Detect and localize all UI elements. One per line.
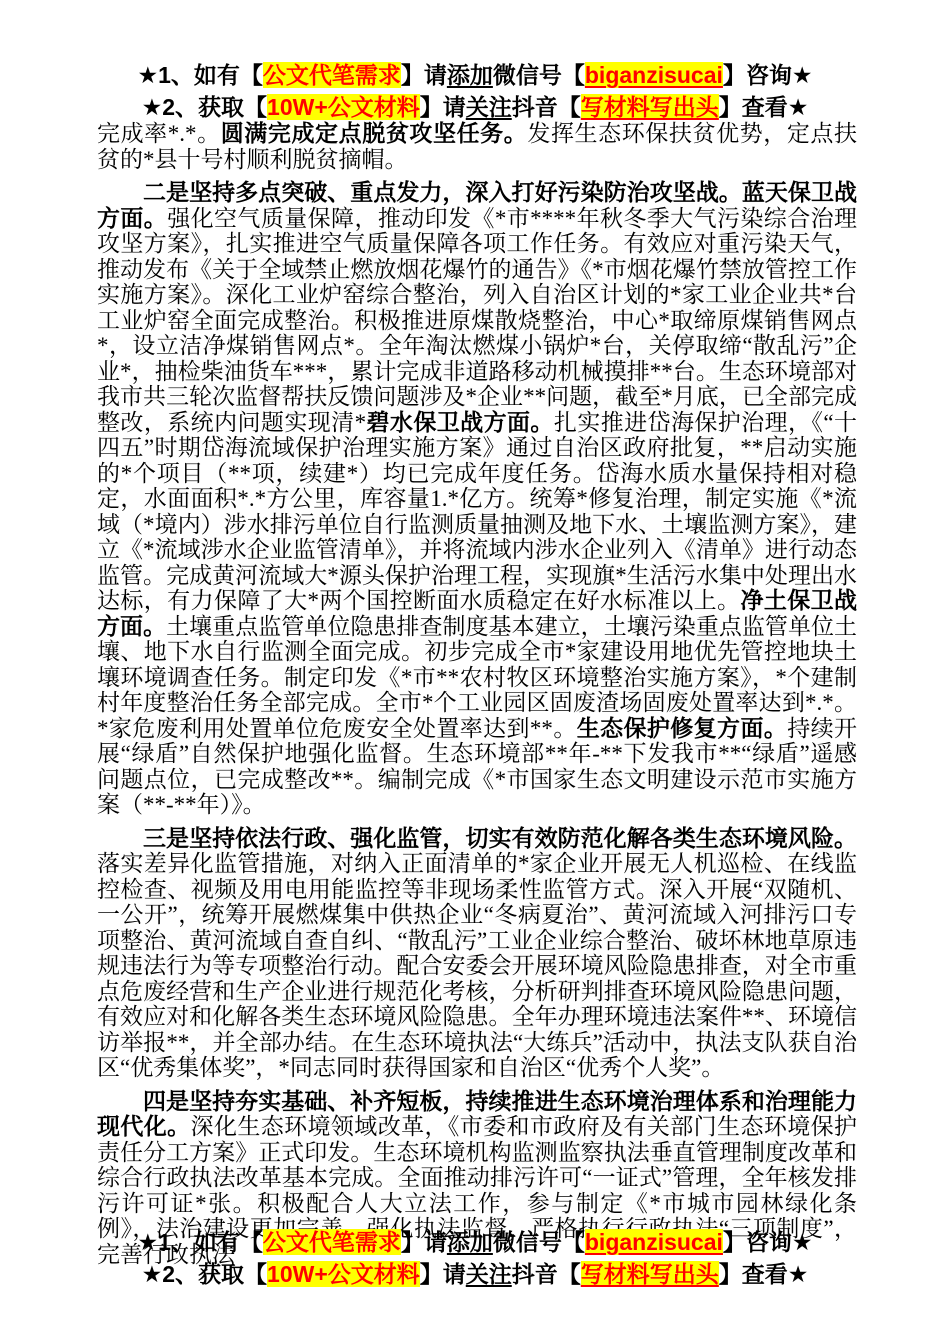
promo-underline: 添加	[447, 1229, 493, 1255]
text-run: 三是坚持依法行政、强化监管，切实有效防范化解各类生态环境风险。	[143, 826, 857, 851]
promo-highlight: 10W+公文材料	[267, 1261, 420, 1287]
promo-wechat-id: biganzisucai	[585, 62, 723, 88]
promo-text: ★2、获取【	[142, 1261, 267, 1287]
text-run: 落实差异化监管措施，对纳入正面清单的*家企业开展无人机巡检、在线监控检查、视频及…	[97, 851, 857, 1080]
promo-text: 】查看★	[719, 94, 809, 120]
promo-footer-line-2: ★2、获取【10W+公文材料】请关注抖音【写材料写出头】查看★	[0, 1258, 950, 1290]
promo-text: 】请	[420, 94, 466, 120]
promo-text: ★1、如有【	[137, 62, 262, 88]
promo-footer: ★1、如有【公文代笔需求】请添加微信号【biganzisucai】咨询★ ★2、…	[0, 1226, 950, 1290]
promo-text: 】查看★	[719, 1261, 809, 1287]
promo-text: ★1、如有【	[137, 1229, 262, 1255]
promo-douyin-id: 写材料写出头	[581, 94, 719, 120]
text-run: 碧水保卫战方面。	[366, 410, 554, 435]
promo-header: ★1、如有【公文代笔需求】请添加微信号【biganzisucai】咨询★ ★2、…	[0, 59, 950, 123]
promo-text: 抖音【	[512, 1261, 581, 1287]
promo-header-line-1: ★1、如有【公文代笔需求】请添加微信号【biganzisucai】咨询★	[0, 59, 950, 91]
text-run: 完成率*.*。	[97, 121, 221, 146]
promo-text: 】咨询★	[723, 62, 813, 88]
promo-highlight: 公文代笔需求	[263, 1229, 401, 1255]
document-page: ★1、如有【公文代笔需求】请添加微信号【biganzisucai】咨询★ ★2、…	[0, 0, 950, 1344]
promo-text: 】请	[420, 1261, 466, 1287]
promo-underline: 添加	[447, 62, 493, 88]
promo-header-line-2: ★2、获取【10W+公文材料】请关注抖音【写材料写出头】查看★	[0, 91, 950, 123]
promo-text: 抖音【	[512, 94, 581, 120]
promo-text: 微信号【	[493, 1229, 585, 1255]
promo-text: 】咨询★	[723, 1229, 813, 1255]
promo-text: ★2、获取【	[142, 94, 267, 120]
promo-text: 】请	[401, 62, 447, 88]
paragraph-law-enforcement: 三是坚持依法行政、强化监管，切实有效防范化解各类生态环境风险。落实差异化监管措施…	[97, 826, 857, 1081]
text-run: 生态保护修复方面。	[577, 716, 788, 741]
promo-footer-line-1: ★1、如有【公文代笔需求】请添加微信号【biganzisucai】咨询★	[0, 1226, 950, 1258]
promo-text: 微信号【	[493, 62, 585, 88]
promo-highlight: 公文代笔需求	[263, 62, 401, 88]
promo-underline: 关注	[466, 94, 512, 120]
document-body: 完成率*.*。圆满完成定点脱贫攻坚任务。发挥生态环保扶贫优势，定点扶贫的*县十号…	[97, 121, 857, 1275]
promo-underline: 关注	[466, 1261, 512, 1287]
promo-highlight: 10W+公文材料	[267, 94, 420, 120]
promo-text: 】请	[401, 1229, 447, 1255]
promo-douyin-id: 写材料写出头	[581, 1261, 719, 1287]
text-run: 圆满完成定点脱贫攻坚任务。	[221, 121, 528, 146]
paragraph-poverty-relief: 完成率*.*。圆满完成定点脱贫攻坚任务。发挥生态环保扶贫优势，定点扶贫的*县十号…	[97, 121, 857, 172]
promo-wechat-id: biganzisucai	[585, 1229, 723, 1255]
text-run: 扎实推进岱海保护治理，《“十四五”时期岱海流域保护治理实施方案》通过自治区政府批…	[97, 410, 857, 614]
text-run: 强化空气质量保障，推动印发《*市****年秋冬季大气污染综合治理攻坚方案》，扎实…	[97, 206, 857, 435]
paragraph-pollution-control: 二是坚持多点突破、重点发力，深入打好污染防治攻坚战。蓝天保卫战方面。强化空气质量…	[97, 180, 857, 818]
